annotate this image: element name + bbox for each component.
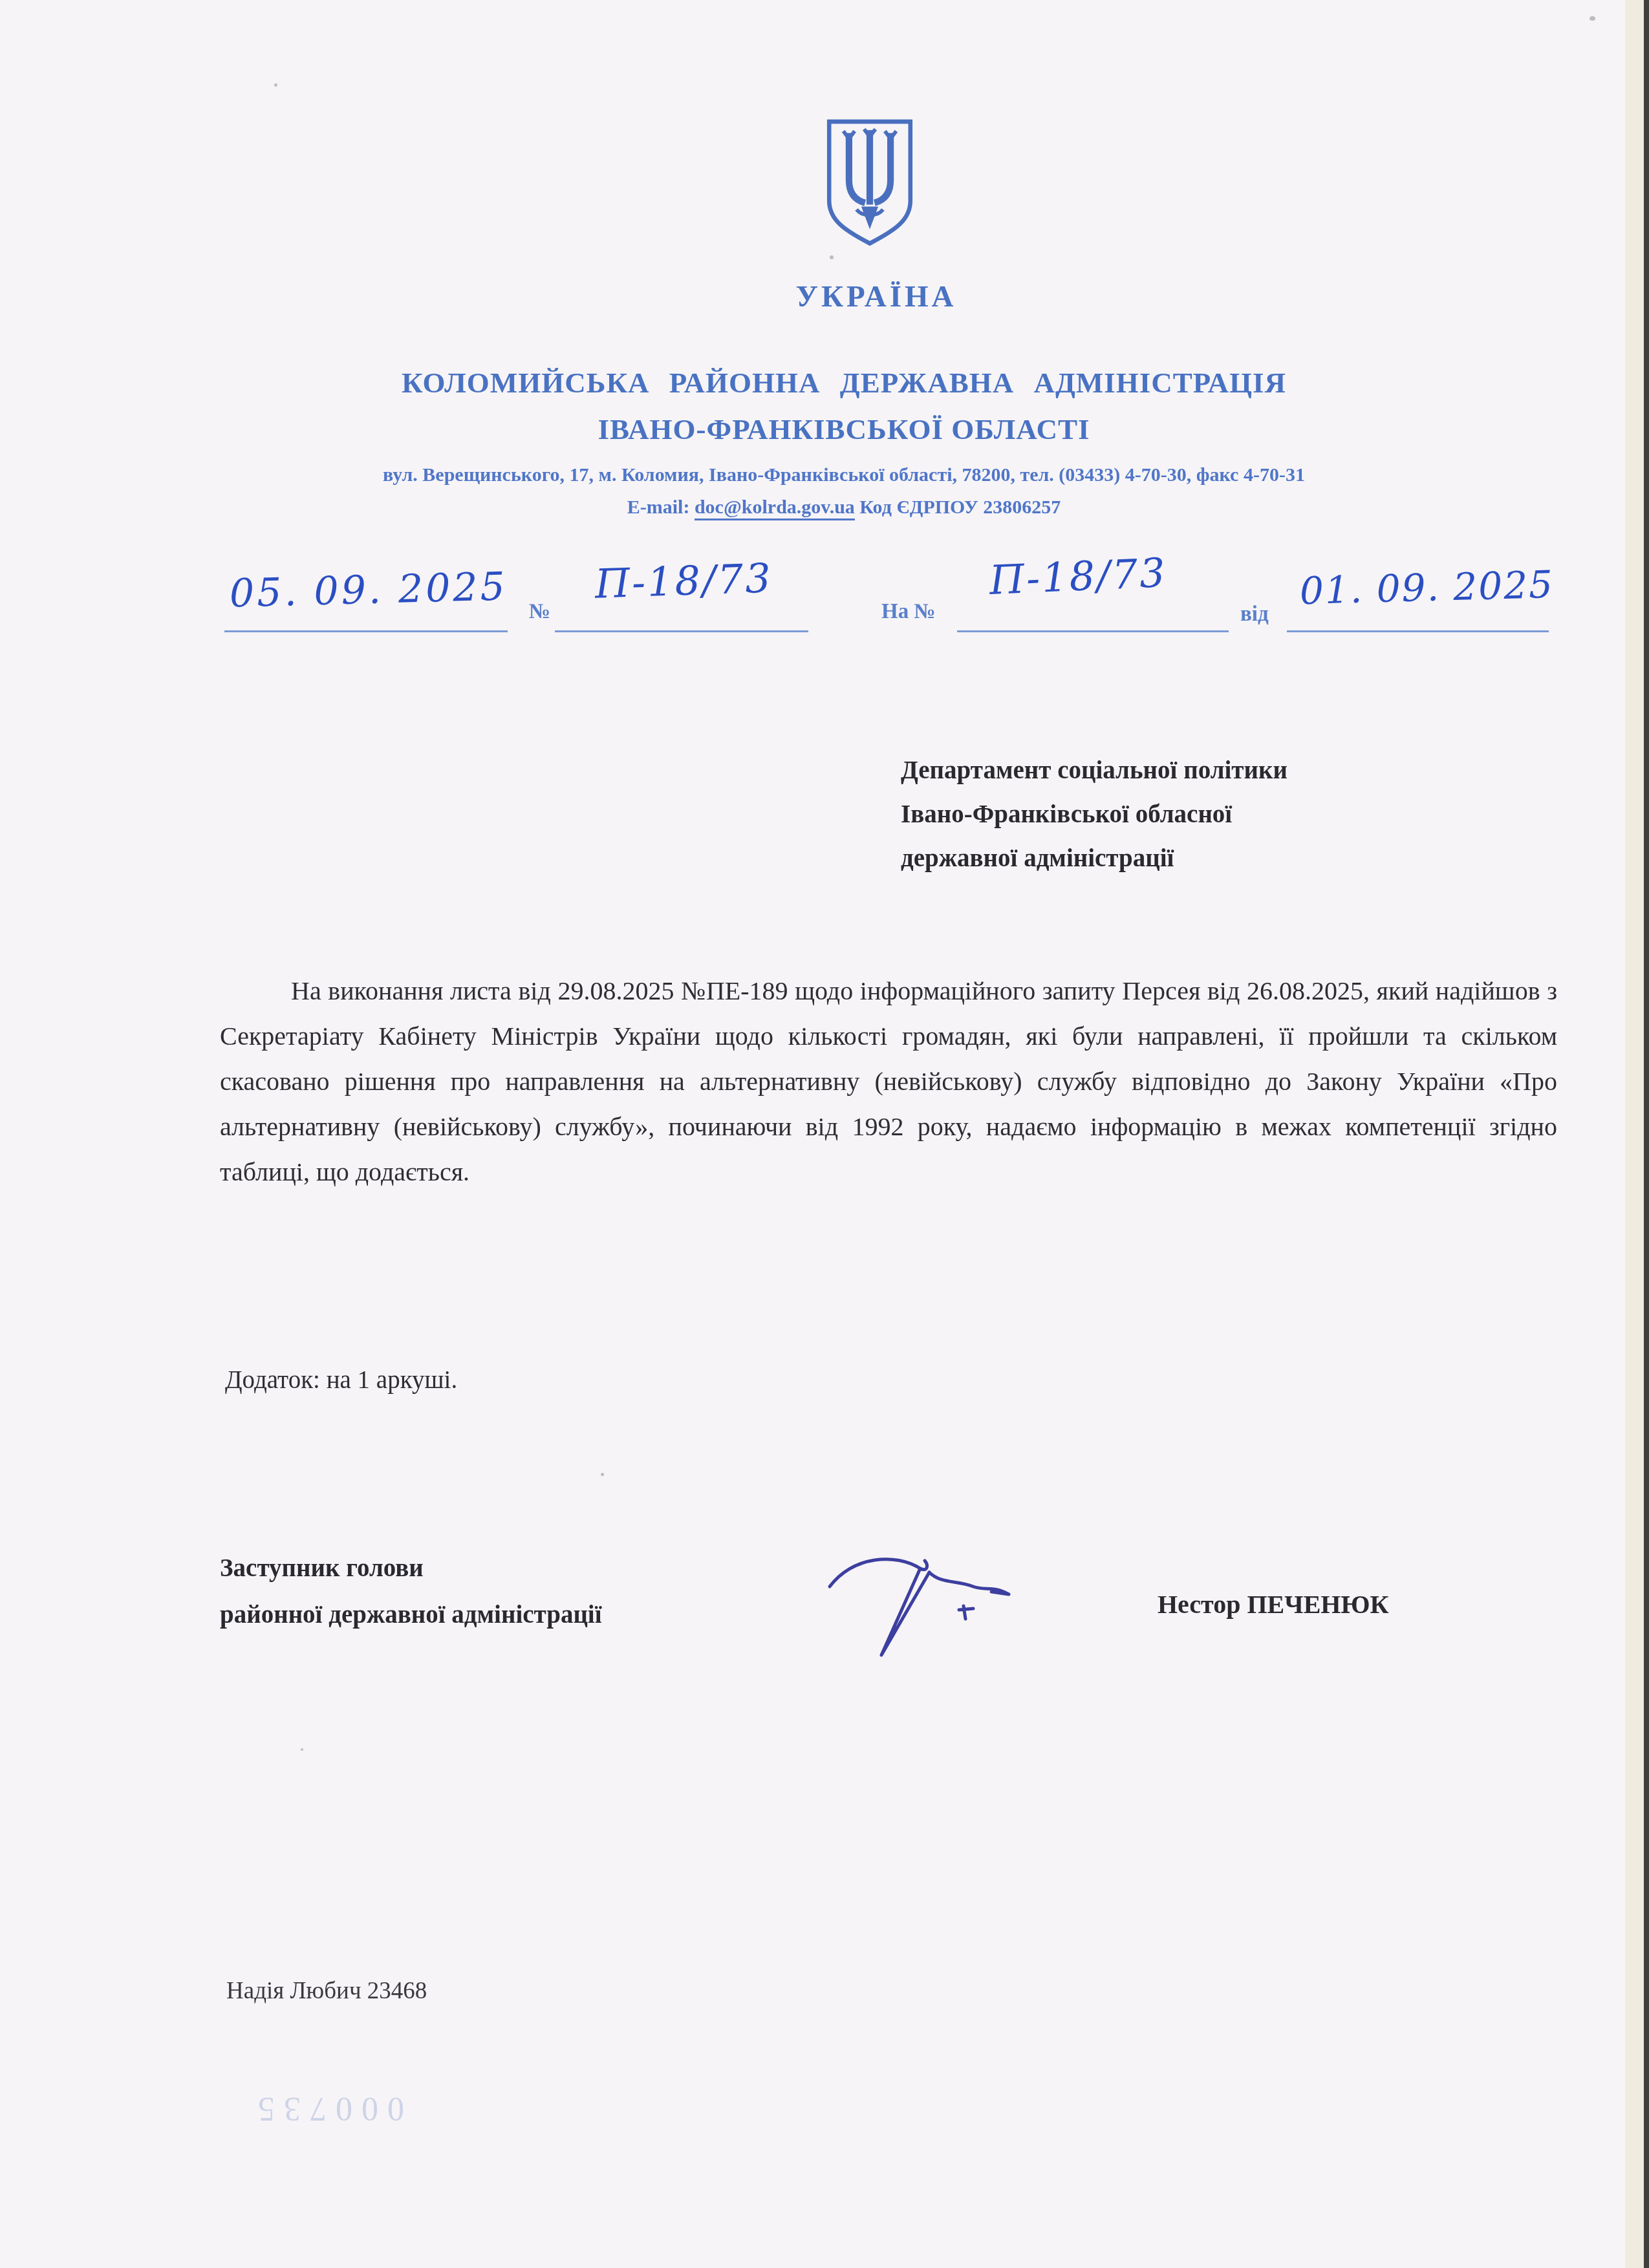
signer-name: Нестор ПЕЧЕНЮК <box>1158 1589 1546 1620</box>
country-title: УКРАЇНА <box>676 279 1077 314</box>
from-date-label: від <box>1240 603 1269 626</box>
in-reply-label: На № <box>881 600 936 624</box>
number-label: № <box>529 600 550 624</box>
number-underline <box>555 630 808 632</box>
email-label: E-mail: <box>627 497 690 518</box>
organization-address: вул. Верещинського, 17, м. Коломия, Іван… <box>155 464 1533 486</box>
handwritten-signature <box>818 1546 1077 1663</box>
recipient-block: Департамент соціальної політики Івано-Фр… <box>901 749 1535 881</box>
scan-edge-shadow <box>1644 0 1649 2268</box>
date-underline <box>224 630 508 632</box>
organization-name-line2: ІВАНО-ФРАНКІВСЬКОЇ ОБЛАСТІ <box>155 412 1533 446</box>
letter-body-paragraph: На виконання листа від 29.08.2025 №ПЕ-18… <box>220 968 1557 1195</box>
signer-position: Заступник голови районної державної адмі… <box>220 1545 867 1638</box>
scanned-letter-page: УКРАЇНА КОЛОМИЙСЬКА РАЙОННА ДЕРЖАВНА АДМ… <box>0 0 1649 2268</box>
handwritten-outgoing-date: 05. 09. 2025 <box>229 564 508 616</box>
edrpou-code: Код ЄДРПОУ 23806257 <box>859 497 1061 518</box>
scan-speck <box>601 1473 604 1476</box>
signer-position-line: Заступник голови <box>220 1545 867 1592</box>
scan-speck <box>301 1748 303 1751</box>
scan-speck <box>1590 16 1595 21</box>
recipient-line: Департамент соціальної політики <box>901 749 1535 793</box>
organization-contact-line: E-mail: doc@kolrda.gov.ua Код ЄДРПОУ 238… <box>155 497 1533 519</box>
in-reply-number-underline <box>957 630 1229 632</box>
email-link[interactable]: doc@kolrda.gov.ua <box>695 497 855 520</box>
signer-position-line: районної державної адміністрації <box>220 1592 867 1638</box>
recipient-line: державної адміністрації <box>901 837 1535 881</box>
executor-contact: Надія Любич 23468 <box>226 1977 427 2005</box>
ukraine-trident-emblem-icon <box>823 118 917 250</box>
bleedthrough-stamp-number: 000735 <box>133 2090 404 2128</box>
in-reply-date-underline <box>1287 630 1549 632</box>
handwritten-outgoing-number: П-18/73 <box>594 554 773 608</box>
handwritten-in-reply-number: П-18/73 <box>989 549 1169 604</box>
handwritten-in-reply-date: 01. 09. 2025 <box>1299 562 1555 613</box>
scan-speck <box>830 255 834 259</box>
scan-speck <box>274 83 277 87</box>
recipient-line: Івано-Франківської обласної <box>901 793 1535 837</box>
attachment-note: Додаток: на 1 аркуші. <box>225 1365 457 1395</box>
organization-name-line1: КОЛОМИЙСЬКА РАЙОННА ДЕРЖАВНА АДМІНІСТРАЦ… <box>155 366 1533 400</box>
scan-edge-paper-strip <box>1625 0 1644 2268</box>
